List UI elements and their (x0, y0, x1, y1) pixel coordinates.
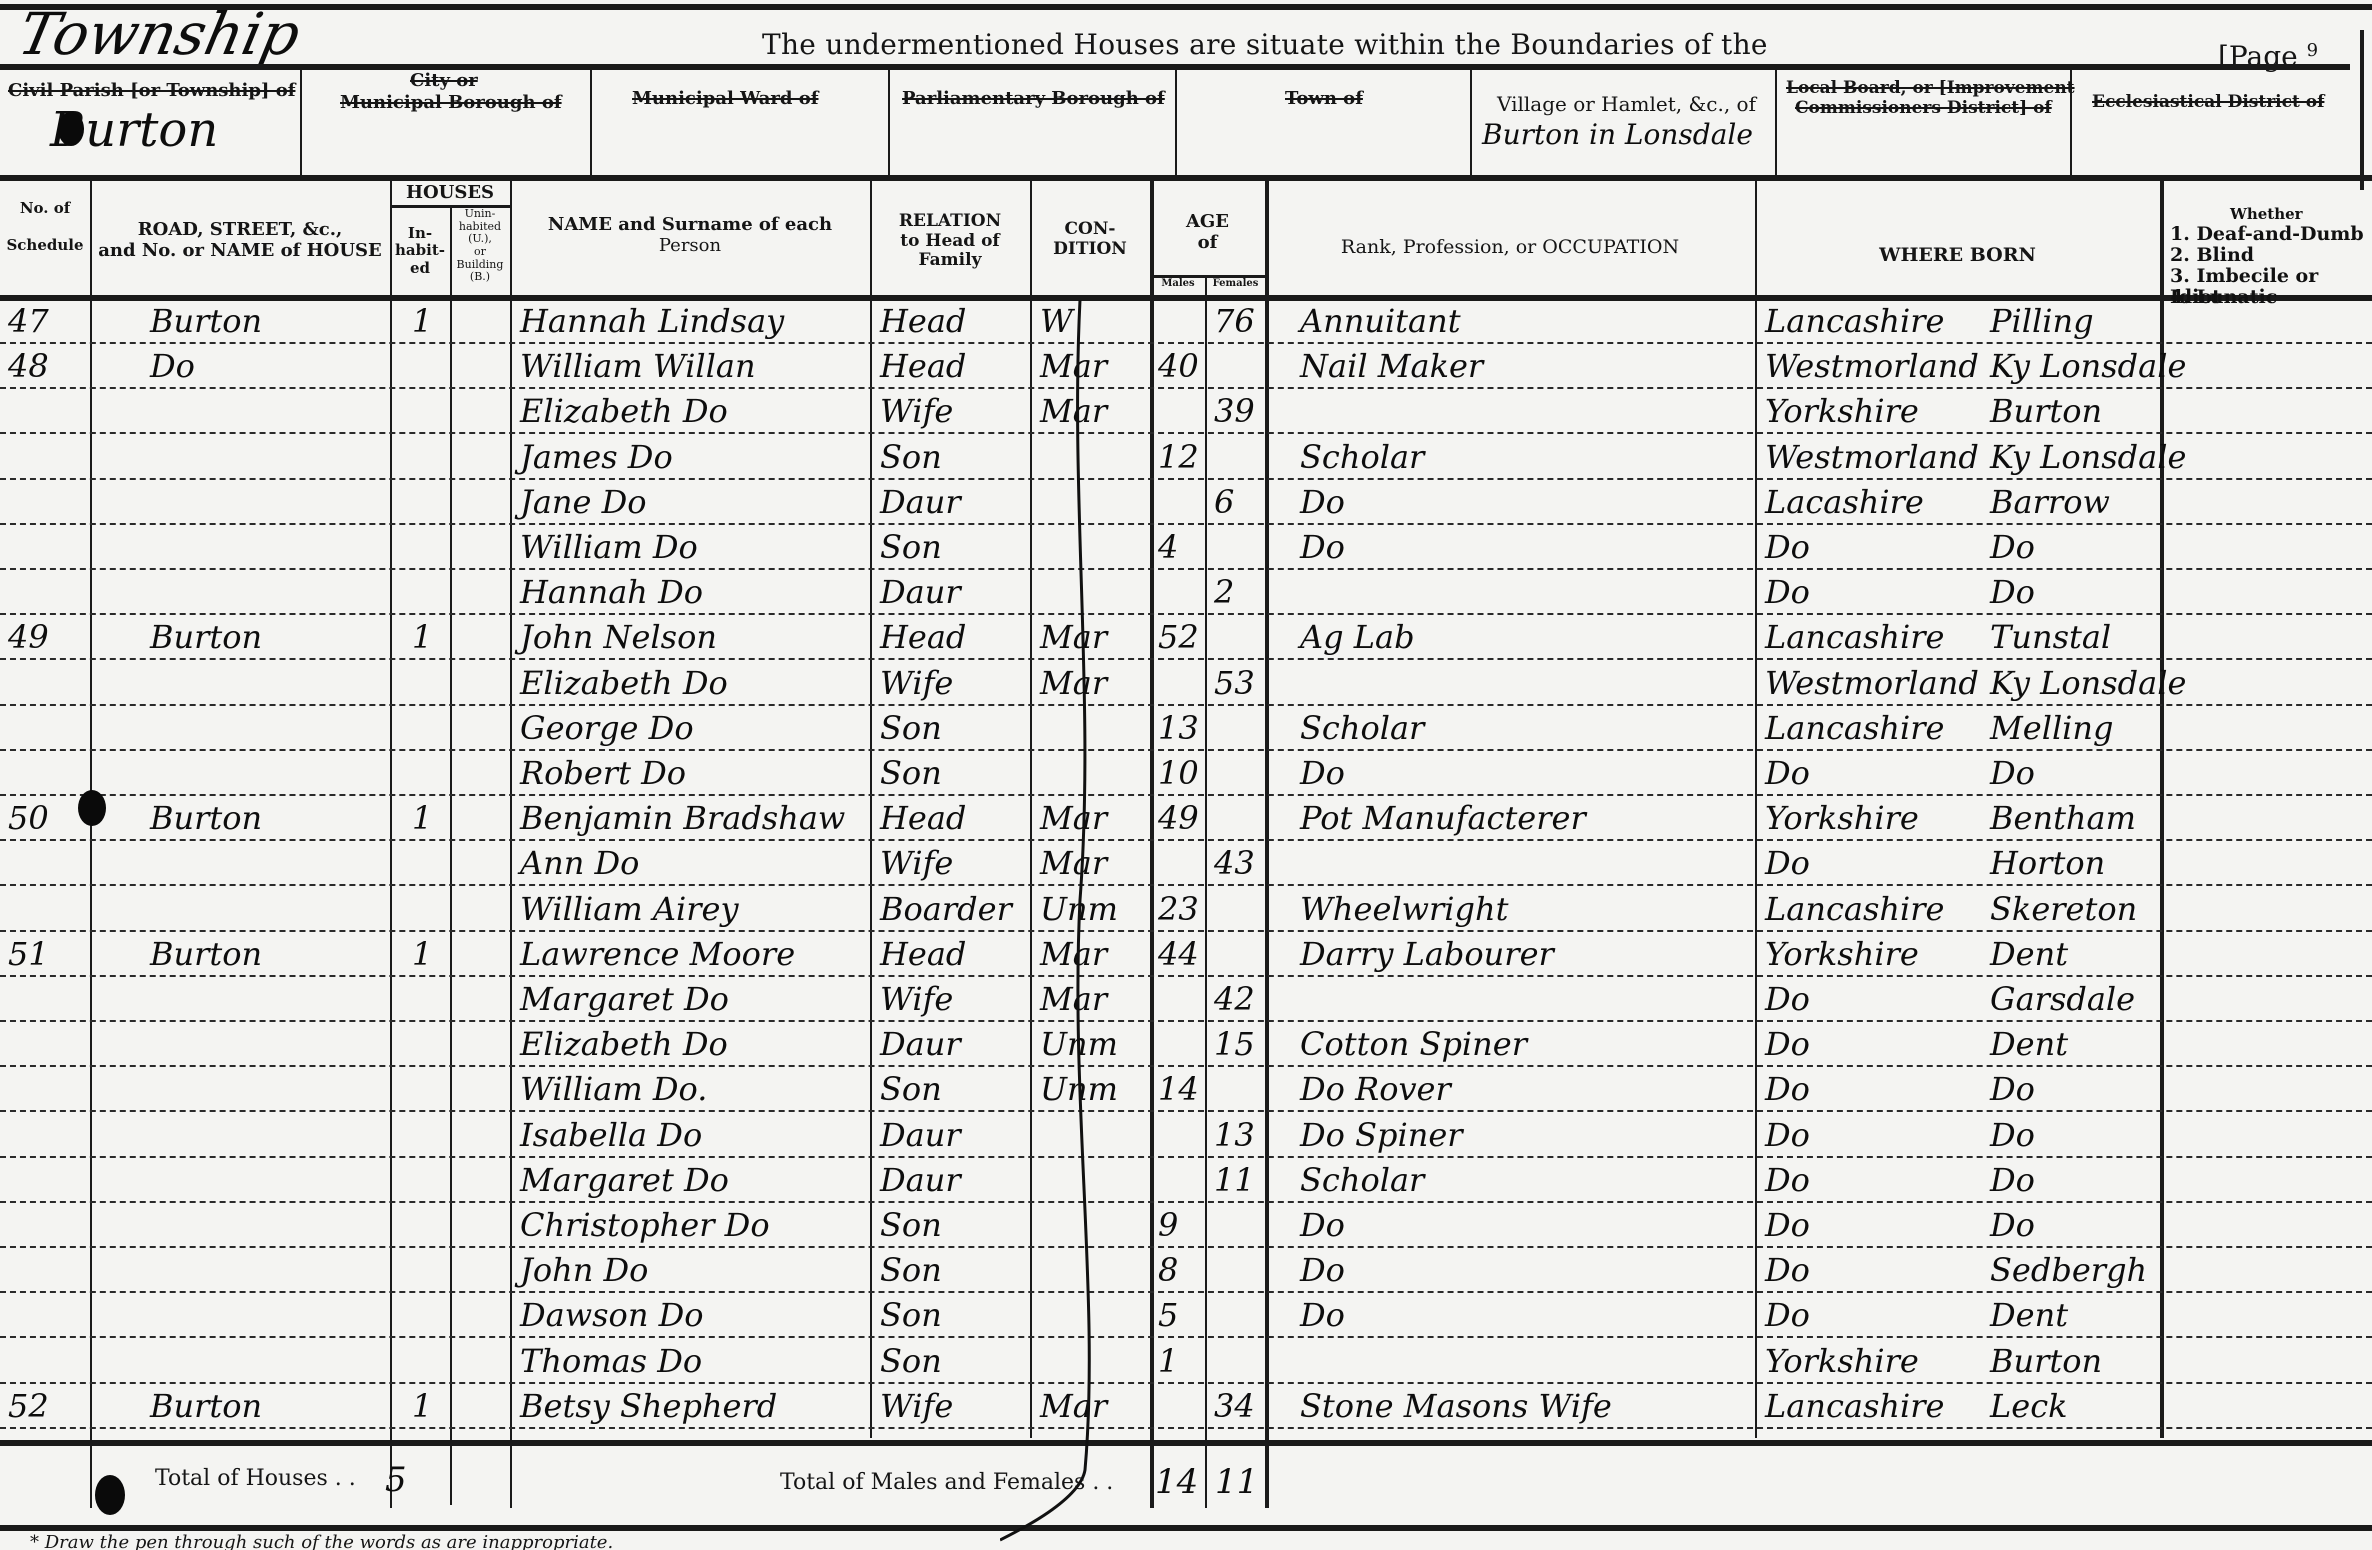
inhabited-count: 1 (412, 302, 432, 340)
page-number: 9 (2307, 40, 2318, 61)
header-uninhabited: Unin- habited (U.), or Building (B.) (452, 208, 508, 284)
header-infirmity-title: Whether (2230, 206, 2303, 223)
born-county: Do (1765, 1161, 1810, 1199)
relation: Son (880, 1206, 942, 1244)
relation: Son (880, 438, 942, 476)
occupation: Do (1300, 754, 1345, 792)
person-name: John Nelson (520, 618, 717, 656)
header-age-group: AGE (1150, 212, 1265, 233)
occupation: Do (1300, 528, 1345, 566)
relation: Wife (880, 664, 953, 702)
occupation: Stone Masons Wife (1300, 1387, 1612, 1425)
born-county: Do (1765, 754, 1810, 792)
born-place: Do (1990, 573, 2035, 611)
occupation: Nail Maker (1300, 347, 1483, 385)
header-relation-line3: Family (870, 251, 1030, 271)
header-road-line2: and No. or NAME of HOUSE (90, 241, 390, 262)
person-name: Elizabeth Do (520, 1025, 728, 1063)
inhabited-count: 1 (412, 935, 432, 973)
born-county: Lancashire (1765, 302, 1944, 340)
schedule-number: 47 (8, 302, 49, 340)
person-name: Hannah Lindsay (520, 302, 784, 340)
occupation: Scholar (1300, 709, 1424, 747)
header-where-born: WHERE BORN (1755, 245, 2160, 267)
road-name: Burton (150, 1387, 262, 1425)
born-county: Do (1765, 980, 1810, 1018)
relation: Head (880, 799, 966, 837)
born-county: Do (1765, 573, 1810, 611)
ink-blot (95, 1475, 125, 1515)
relation: Wife (880, 392, 953, 430)
page-heading: The undermentioned Houses are situate wi… (762, 28, 1768, 61)
person-name: John Do (520, 1251, 648, 1289)
born-county: Do (1765, 1251, 1810, 1289)
born-county: Westmorland (1765, 664, 1979, 702)
born-county: Lancashire (1765, 618, 1944, 656)
relation: Wife (880, 1387, 953, 1425)
person-name: Robert Do (520, 754, 686, 792)
schedule-number: 51 (8, 935, 49, 973)
born-place: Do (1990, 1070, 2035, 1108)
total-houses-label: Total of Houses . . (155, 1466, 356, 1491)
township-annotation: Township (13, 0, 306, 68)
born-place: Do (1990, 1161, 2035, 1199)
born-place: Garsdale (1990, 980, 2135, 1018)
born-county: Lacashire (1765, 483, 1924, 521)
person-name: Benjamin Bradshaw (520, 799, 845, 837)
person-name: Thomas Do (520, 1342, 702, 1380)
ink-blot (78, 790, 106, 826)
boundary-municipal-borough-label: Municipal Borough of (340, 92, 562, 113)
relation: Son (880, 709, 942, 747)
schedule-number: 48 (8, 347, 49, 385)
road-name: Burton (150, 799, 262, 837)
relation: Son (880, 1070, 942, 1108)
born-county: Lancashire (1765, 709, 1944, 747)
born-county: Yorkshire (1765, 935, 1919, 973)
relation: Daur (880, 1025, 961, 1063)
born-place: Barrow (1990, 483, 2110, 521)
road-name: Burton (150, 935, 262, 973)
occupation: Wheelwright (1300, 890, 1508, 928)
born-place: Leck (1990, 1387, 2068, 1425)
born-place: Sedbergh (1990, 1251, 2147, 1289)
header-infirmity-item: 1. Deaf-and-Dumb (2170, 224, 2364, 245)
person-name: George Do (520, 709, 694, 747)
person-name: William Do (520, 528, 698, 566)
born-place: Burton (1990, 392, 2102, 430)
road-name: Burton (150, 302, 262, 340)
born-county: Yorkshire (1765, 1342, 1919, 1380)
relation: Daur (880, 483, 961, 521)
schedule-number: 52 (8, 1387, 49, 1425)
born-place: Do (1990, 1206, 2035, 1244)
person-name: Dawson Do (520, 1296, 704, 1334)
born-place: Skereton (1990, 890, 2137, 928)
header-age-of: of (1150, 233, 1265, 254)
occupation: Pot Manufacterer (1300, 799, 1586, 837)
born-place: Do (1990, 754, 2035, 792)
header-occupation: Rank, Profession, or OCCUPATION (1265, 237, 1755, 259)
header-inhabited: In- habit- ed (393, 225, 447, 277)
occupation: Cotton Spiner (1300, 1025, 1527, 1063)
ink-blot (58, 112, 84, 146)
occupation: Do (1300, 483, 1345, 521)
born-county: Do (1765, 1116, 1810, 1154)
header-name: NAME and Surname of each Person (510, 215, 870, 256)
schedule-number: 49 (8, 618, 49, 656)
born-place: Ky Lonsdale (1990, 664, 2186, 702)
occupation: Do Spiner (1300, 1116, 1463, 1154)
born-county: Do (1765, 1206, 1810, 1244)
boundary-city-label-1: City or (410, 70, 478, 91)
header-schedule-line1: No. of (0, 200, 90, 217)
relation: Daur (880, 1161, 961, 1199)
header-relation: RELATION to Head of Family (870, 212, 1030, 271)
header-infirmity-item: 2. Blind (2170, 245, 2254, 266)
schedule-number: 50 (8, 799, 49, 837)
boundary-local-board-label-2: Commissioners District] of (1795, 98, 2052, 118)
person-name: Hannah Do (520, 573, 703, 611)
header-name-line1: NAME and Surname of each (510, 215, 870, 236)
person-name: Margaret Do (520, 1161, 729, 1199)
relation: Daur (880, 573, 961, 611)
boundary-village-value: Burton in Lonsdale (1482, 118, 1753, 151)
boundary-village-label: Village or Hamlet, &c., of (1497, 92, 1756, 116)
occupation: Scholar (1300, 1161, 1424, 1199)
person-name: Isabella Do (520, 1116, 702, 1154)
born-place: Dent (1990, 1025, 2068, 1063)
occupation: Do (1300, 1206, 1345, 1244)
born-county: Do (1765, 1025, 1810, 1063)
born-county: Yorkshire (1765, 799, 1919, 837)
born-county: Westmorland (1765, 438, 1979, 476)
boundary-local-board-label-1: Local Board, or [Improvement (1786, 78, 2075, 98)
person-name: Lawrence Moore (520, 935, 795, 973)
header-age-males: Males (1152, 278, 1204, 290)
header-road-line1: ROAD, STREET, &c., (90, 220, 390, 241)
header-condition: CON- DITION (1030, 220, 1150, 259)
occupation: Do (1300, 1296, 1345, 1334)
boundary-parliamentary-borough-label: Parliamentary Borough of (902, 88, 1165, 109)
born-county: Westmorland (1765, 347, 1979, 385)
header-name-line2: Person (510, 236, 870, 257)
born-place: Dent (1990, 1296, 2068, 1334)
inhabited-count: 1 (412, 1387, 432, 1425)
person-name: Elizabeth Do (520, 664, 728, 702)
occupation: Darry Labourer (1300, 935, 1554, 973)
born-county: Do (1765, 1070, 1810, 1108)
header-schedule: No. of Schedule (0, 200, 90, 255)
person-name: Ann Do (520, 844, 639, 882)
born-place: Pilling (1990, 302, 2094, 340)
footnote: * Draw the pen through such of the words… (30, 1532, 613, 1550)
boundary-municipal-ward-label: Municipal Ward of (632, 88, 819, 109)
road-name: Do (150, 347, 195, 385)
relation: Wife (880, 844, 953, 882)
relation: Head (880, 618, 966, 656)
occupation: Do Rover (1300, 1070, 1451, 1108)
born-place: Ky Lonsdale (1990, 438, 2186, 476)
person-name: Elizabeth Do (520, 392, 728, 430)
born-place: Melling (1990, 709, 2114, 747)
header-condition-line2: DITION (1030, 240, 1150, 260)
census-page: Township The undermentioned Houses are s… (0, 0, 2372, 1550)
inhabited-count: 1 (412, 618, 432, 656)
boundary-ecclesiastical-label: Ecclesiastical District of (2092, 92, 2324, 112)
occupation: Annuitant (1300, 302, 1461, 340)
boundary-civil-parish-label: Civil Parish [or Township] of (8, 80, 295, 101)
total-houses-value: 5 (385, 1460, 407, 1500)
born-county: Yorkshire (1765, 392, 1919, 430)
occupation: Do (1300, 1251, 1345, 1289)
relation: Boarder (880, 890, 1012, 928)
person-name: William Airey (520, 890, 739, 928)
header-age: AGE of (1150, 212, 1265, 253)
born-place: Ky Lonsdale (1990, 347, 2186, 385)
relation: Son (880, 1251, 942, 1289)
person-name: William Willan (520, 347, 756, 385)
relation: Son (880, 1296, 942, 1334)
person-name: Christopher Do (520, 1206, 770, 1244)
road-name: Burton (150, 618, 262, 656)
person-name: Margaret Do (520, 980, 729, 1018)
tally-stroke (1000, 300, 1250, 1550)
relation: Head (880, 302, 966, 340)
born-county: Lancashire (1765, 1387, 1944, 1425)
header-age-females: Females (1207, 278, 1264, 290)
occupation: Ag Lab (1300, 618, 1415, 656)
born-place: Tunstal (1990, 618, 2111, 656)
born-place: Do (1990, 528, 2035, 566)
header-condition-line1: CON- (1030, 220, 1150, 240)
born-county: Lancashire (1765, 890, 1944, 928)
header-relation-line1: RELATION (870, 212, 1030, 232)
person-name: Jane Do (520, 483, 647, 521)
header-schedule-line2: Schedule (0, 237, 90, 254)
person-name: James Do (520, 438, 673, 476)
relation: Wife (880, 980, 953, 1018)
born-county: Do (1765, 844, 1810, 882)
boundary-town-label: Town of (1285, 88, 1363, 109)
born-county: Do (1765, 528, 1810, 566)
header-road: ROAD, STREET, &c., and No. or NAME of HO… (90, 220, 390, 261)
born-county: Do (1765, 1296, 1810, 1334)
born-place: Horton (1990, 844, 2105, 882)
born-place: Do (1990, 1116, 2035, 1154)
header-houses: HOUSES (390, 183, 510, 204)
header-relation-line2: to Head of (870, 232, 1030, 252)
relation: Son (880, 1342, 942, 1380)
relation: Son (880, 754, 942, 792)
occupation: Scholar (1300, 438, 1424, 476)
person-name: Betsy Shepherd (520, 1387, 777, 1425)
relation: Son (880, 528, 942, 566)
inhabited-count: 1 (412, 799, 432, 837)
relation: Daur (880, 1116, 961, 1154)
person-name: William Do. (520, 1070, 707, 1108)
born-place: Burton (1990, 1342, 2102, 1380)
born-place: Dent (1990, 935, 2068, 973)
relation: Head (880, 935, 966, 973)
born-place: Bentham (1990, 799, 2136, 837)
relation: Head (880, 347, 966, 385)
